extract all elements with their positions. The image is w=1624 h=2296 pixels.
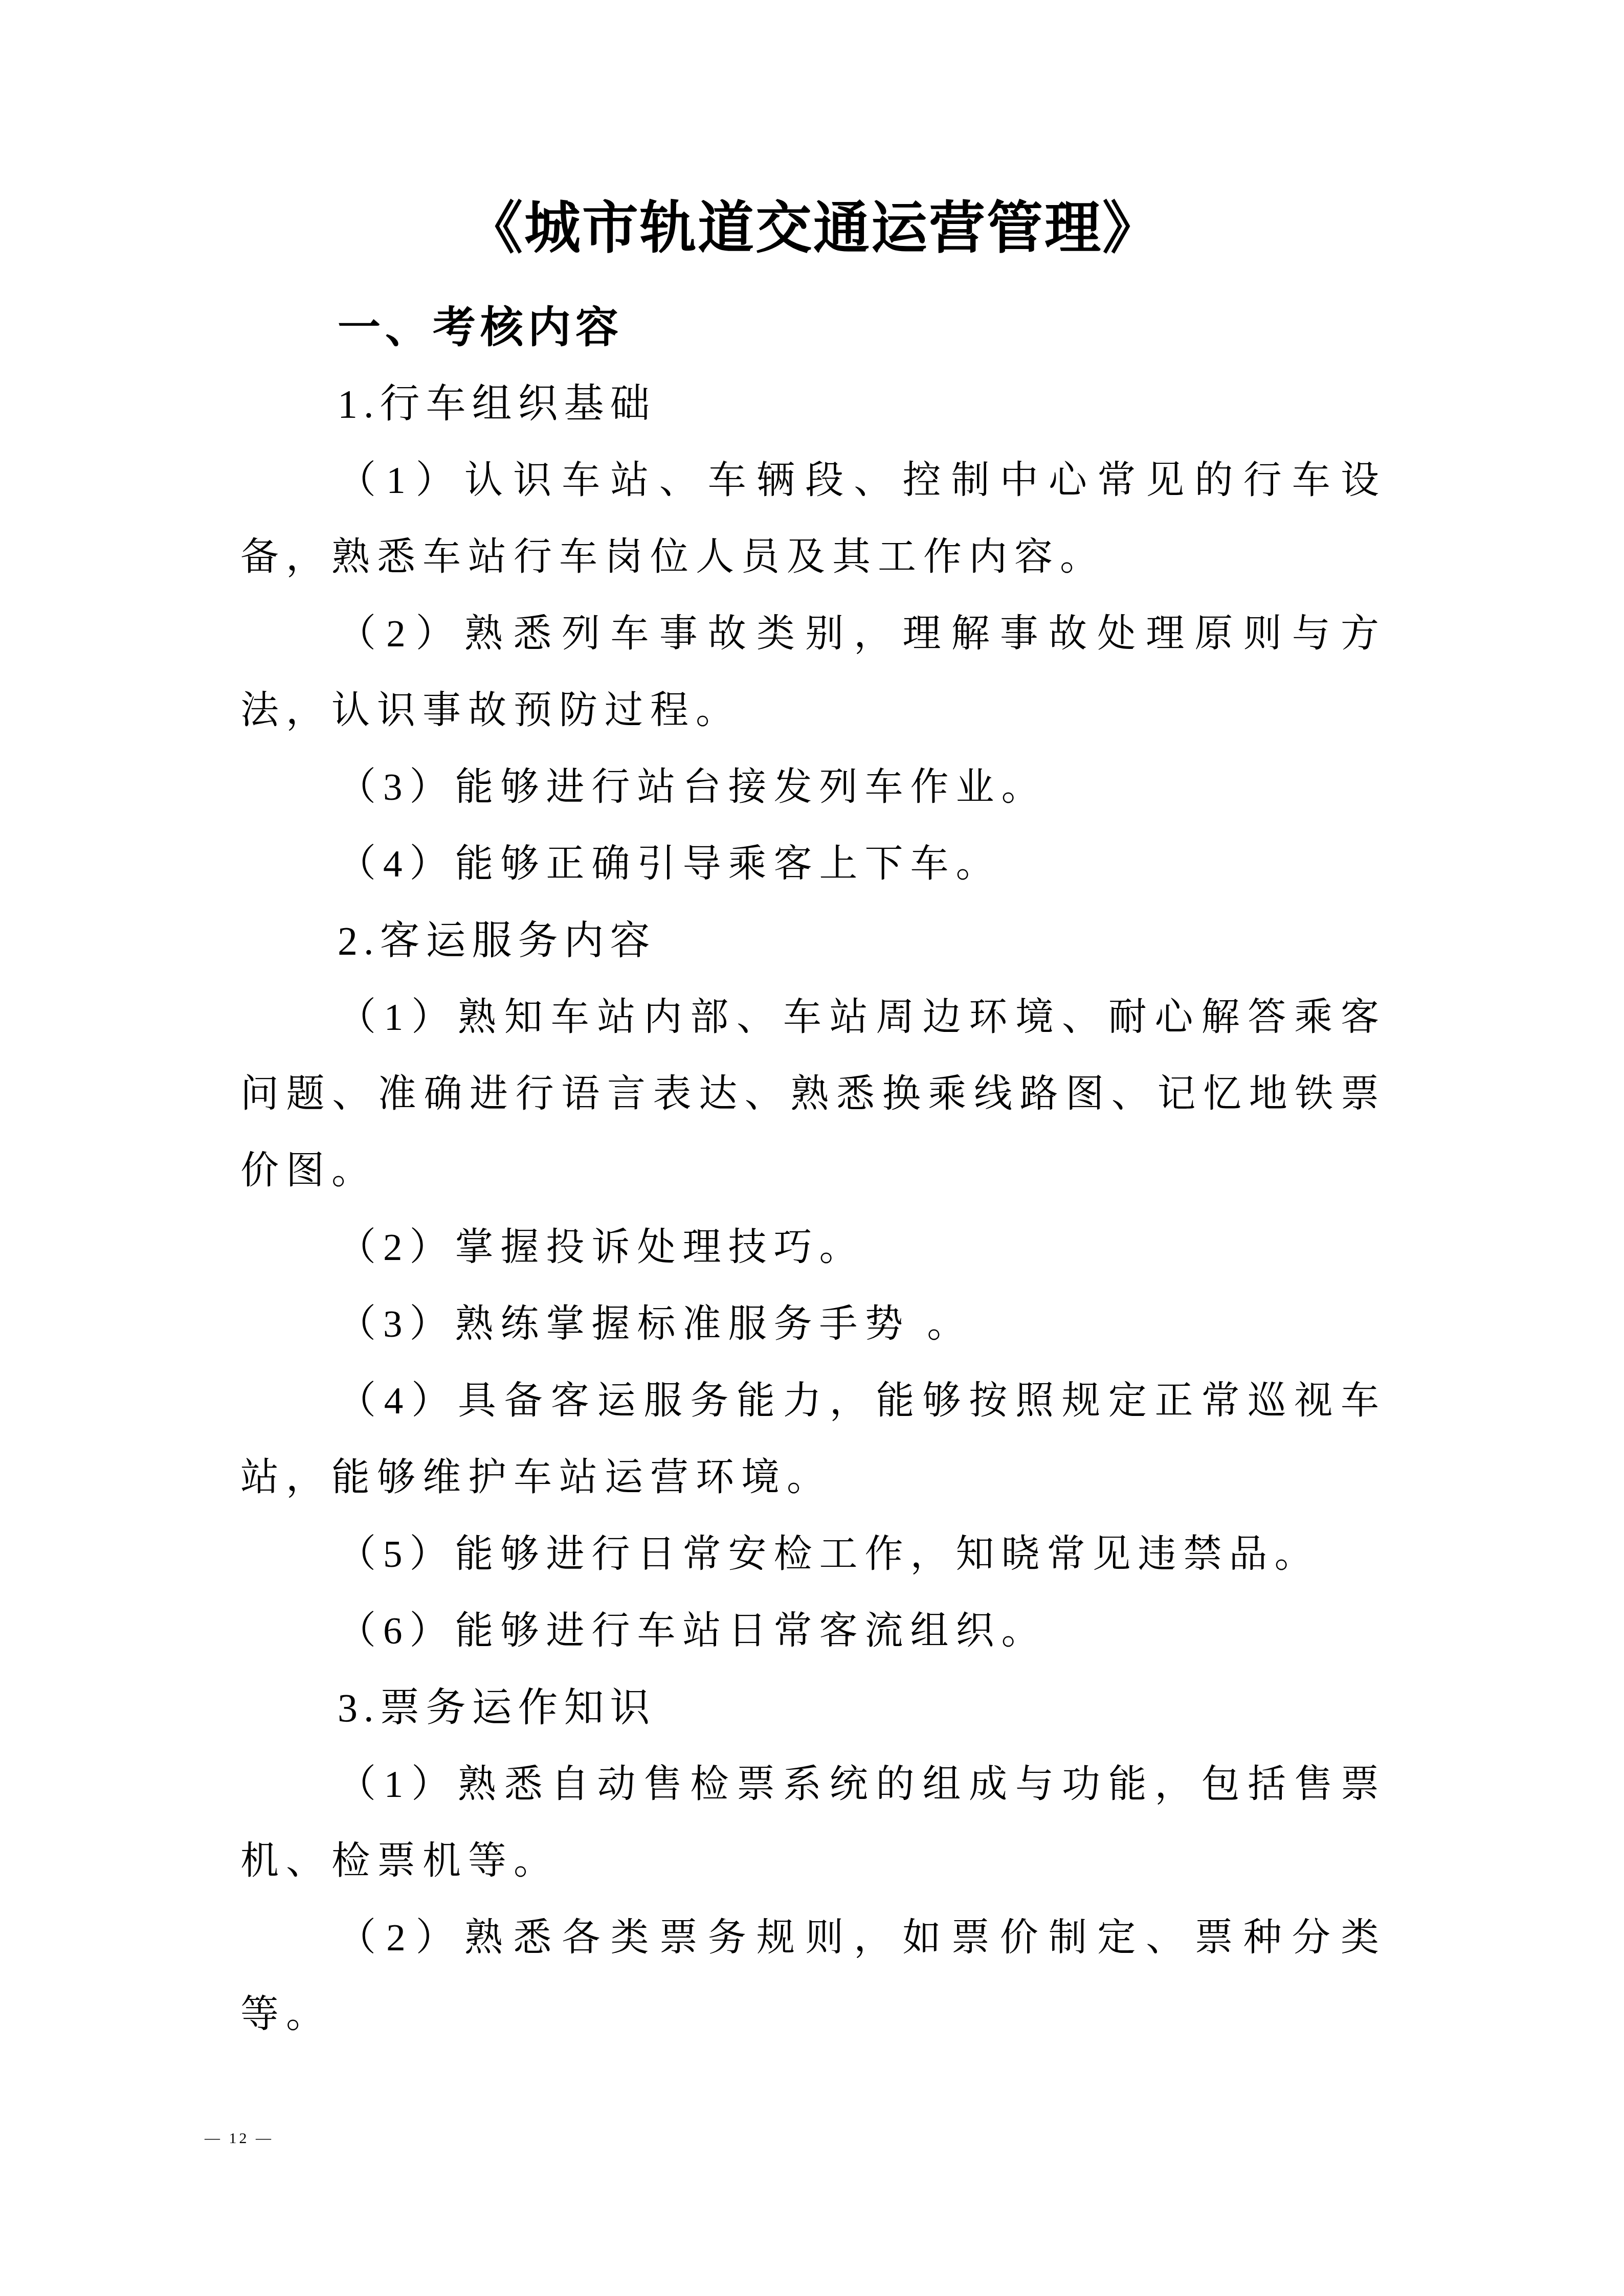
section-2-item-5: （5）能够进行日常安检工作，知晓常见违禁品。	[240, 1516, 1386, 1593]
section-3-heading: 3.票务运作知识	[240, 1670, 1386, 1746]
page-number: — 12 —	[205, 2128, 274, 2149]
section-2-item-3: （3）熟练掌握标准服务手势 。	[240, 1286, 1386, 1363]
section-2-item-6: （6）能够进行车站日常客流组织。	[240, 1593, 1386, 1670]
main-heading: 一、考核内容	[240, 289, 1386, 366]
section-2-item-2: （2）掌握投诉处理技巧。	[240, 1209, 1386, 1286]
section-driving-organization: 1.行车组织基础 （1）认识车站、车辆段、控制中心常见的行车设备，熟悉车站行车岗…	[240, 366, 1386, 903]
section-3-item-2: （2）熟悉各类票务规则，如票价制定、票种分类等。	[240, 1900, 1386, 2053]
document-page: 《城市轨道交通运营管理》 一、考核内容 1.行车组织基础 （1）认识车站、车辆段…	[0, 0, 1624, 2296]
section-1-heading: 1.行车组织基础	[240, 366, 1386, 442]
section-1-item-1: （1）认识车站、车辆段、控制中心常见的行车设备，熟悉车站行车岗位人员及其工作内容…	[240, 442, 1386, 596]
section-3-item-1: （1）熟悉自动售检票系统的组成与功能，包括售票机、检票机等。	[240, 1746, 1386, 1900]
section-passenger-service: 2.客运服务内容 （1）熟知车站内部、车站周边环境、耐心解答乘客问题、准确进行语…	[240, 903, 1386, 1670]
section-2-heading: 2.客运服务内容	[240, 903, 1386, 979]
section-ticketing-knowledge: 3.票务运作知识 （1）熟悉自动售检票系统的组成与功能，包括售票机、检票机等。 …	[240, 1670, 1386, 2053]
section-1-item-4: （4）能够正确引导乘客上下车。	[240, 826, 1386, 903]
section-2-item-1: （1）熟知车站内部、车站周边环境、耐心解答乘客问题、准确进行语言表达、熟悉换乘线…	[240, 979, 1386, 1209]
section-1-item-2: （2）熟悉列车事故类别，理解事故处理原则与方法，认识事故预防过程。	[240, 596, 1386, 749]
section-2-item-4: （4）具备客运服务能力，能够按照规定正常巡视车站，能够维护车站运营环境。	[240, 1363, 1386, 1516]
document-title: 《城市轨道交通运营管理》	[240, 169, 1386, 289]
section-1-item-3: （3）能够进行站台接发列车作业。	[240, 749, 1386, 826]
